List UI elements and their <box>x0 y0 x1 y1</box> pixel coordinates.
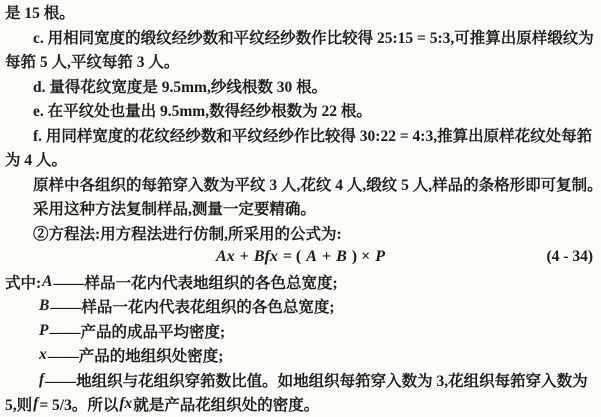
text-line: 5,则 f = 5/3。所以 fx 就是产品花组织处的密度。 <box>0 392 601 417</box>
formula-expression: Ax + Bfx = ( A + B ) × P <box>215 248 386 266</box>
formula-operator: ) × <box>348 248 374 265</box>
definition-line-B: B——样品一花内代表花组织的各色总宽度; <box>0 294 601 319</box>
line-text: 为 4 人。 <box>5 148 67 170</box>
math-symbol: B <box>38 297 50 315</box>
math-symbol: A <box>41 273 53 291</box>
line-text: 是 15 根。 <box>5 1 75 23</box>
line-text: 采用这种方法复制样品,测量一定要精确。 <box>33 197 316 219</box>
math-symbol: P <box>38 322 49 340</box>
formula-row: Ax + Bfx = ( A + B ) × P (4 - 34) <box>0 245 601 270</box>
line-text: ——地组织与花组织穿筘数比值。如地组织每筘穿入数为 3,花组织每筘穿入数为 <box>45 369 588 391</box>
definition-line-P: P——产品的成品平均密度; <box>0 319 601 344</box>
formula-term: A <box>305 248 318 265</box>
text-line: 每筘 5 人,平纹每筘 3 人。 <box>0 49 601 74</box>
formula-operator: = ( <box>279 248 305 265</box>
line-text: f. 用同样宽度的花纹经纱数和平纹经纱作比较得 30:22 = 4:3,推算出原… <box>33 124 592 146</box>
math-symbol: x <box>38 346 48 364</box>
formula-term: P <box>374 248 386 265</box>
math-symbol: f <box>32 395 39 413</box>
line-text: ——产品的地组织处密度; <box>48 344 224 366</box>
definition-line-A: 式中:A——样品一花内代表地组织的各色总宽度; <box>0 270 601 295</box>
line-text: 5,则 <box>5 393 32 415</box>
line-text: 就是产品花组织处的密度。 <box>133 393 319 415</box>
line-text: 每筘 5 人,平纹每筘 3 人。 <box>5 50 179 72</box>
text-line: 采用这种方法复制样品,测量一定要精确。 <box>0 196 601 221</box>
line-text: 原样中各组织的每筘穿入数为平纹 3 人,花纹 4 人,缎纹 5 人,样品的条格形… <box>33 173 601 195</box>
text-line-item-f: f. 用同样宽度的花纹经纱数和平纹经纱作比较得 30:22 = 4:3,推算出原… <box>0 123 601 148</box>
math-symbol: fx <box>118 395 133 413</box>
line-text: ——样品一花内代表地组织的各色总宽度; <box>54 271 338 293</box>
definition-line-x: x——产品的地组织处密度; <box>0 343 601 368</box>
line-text: e. 在平纹处也量出 9.5mm,数得经纱根数为 22 根。 <box>33 99 372 121</box>
text-line-item-c: c. 用相同宽度的缎纹经纱数和平纹经纱数作比较得 25:15 = 5:3,可推算… <box>0 25 601 50</box>
document-page: 是 15 根。 c. 用相同宽度的缎纹经纱数和平纹经纱数作比较得 25:15 =… <box>0 0 601 417</box>
equation-number: (4 - 34) <box>547 245 594 270</box>
line-text: ——产品的成品平均密度; <box>49 320 225 342</box>
line-text: 式中: <box>5 271 41 293</box>
line-text: ②方程法:用方程法进行仿制,所采用的公式为: <box>33 222 342 244</box>
text-line-method-heading: ②方程法:用方程法进行仿制,所采用的公式为: <box>0 221 601 246</box>
text-line: 为 4 人。 <box>0 147 601 172</box>
definition-line-f: f——地组织与花组织穿筘数比值。如地组织每筘穿入数为 3,花组织每筘穿入数为 <box>0 368 601 393</box>
text-line-item-d: d. 量得花纹宽度是 9.5mm,纱线根数 30 根。 <box>0 74 601 99</box>
formula-term: B <box>335 248 348 265</box>
text-line-item-e: e. 在平纹处也量出 9.5mm,数得经纱根数为 22 根。 <box>0 98 601 123</box>
text-line: 原样中各组织的每筘穿入数为平纹 3 人,花纹 4 人,缎纹 5 人,样品的条格形… <box>0 172 601 197</box>
line-text: d. 量得花纹宽度是 9.5mm,纱线根数 30 根。 <box>33 75 327 97</box>
line-text: c. 用相同宽度的缎纹经纱数和平纹经纱数作比较得 25:15 = 5:3,可推算… <box>33 26 594 48</box>
formula-operator: + <box>318 248 335 265</box>
line-text: ——样品一花内代表花组织的各色总宽度; <box>50 295 334 317</box>
formula-operator: + <box>236 248 253 265</box>
formula-term: Bfx <box>253 248 279 265</box>
line-text: = 5/3。所以 <box>39 393 118 415</box>
text-line: 是 15 根。 <box>0 0 601 25</box>
formula-term: Ax <box>215 248 236 265</box>
